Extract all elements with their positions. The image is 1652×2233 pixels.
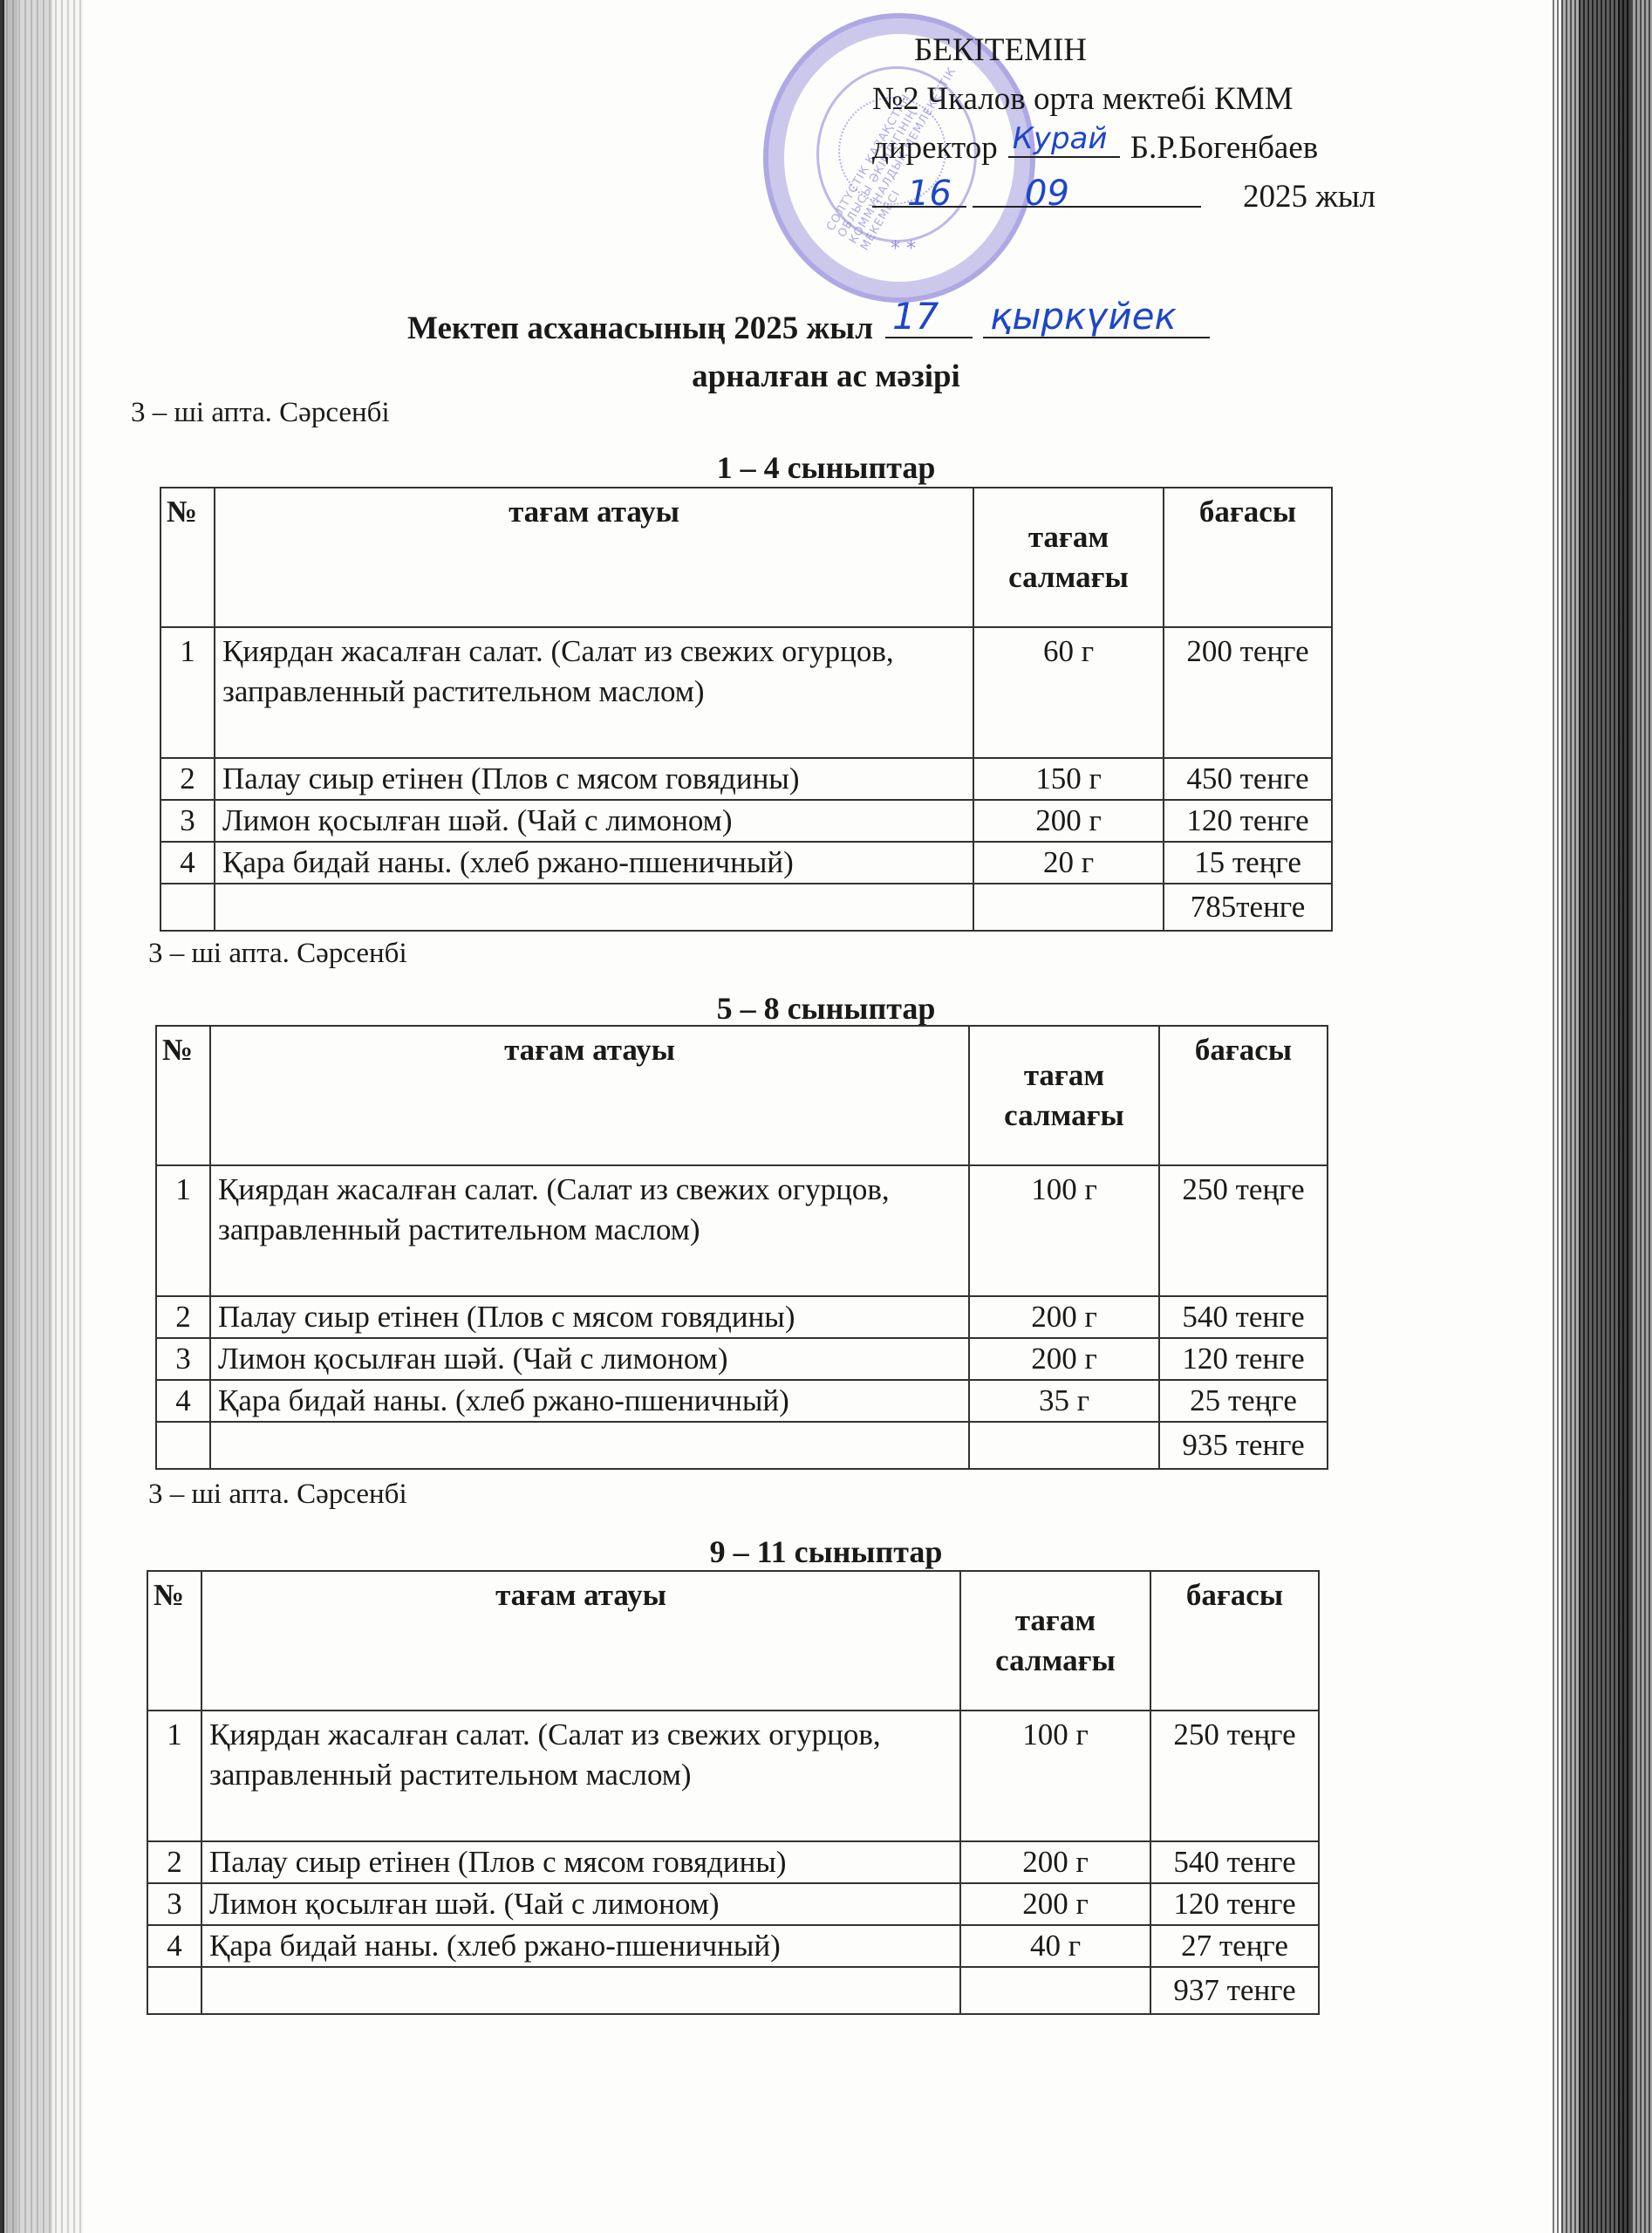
row-num: 2 bbox=[160, 758, 215, 800]
table-header-row: № тағам атауы тағам салмағы бағасы bbox=[156, 1026, 1328, 1165]
dish-weight: 200 г bbox=[973, 800, 1164, 842]
row-num: 1 bbox=[160, 627, 215, 758]
week-day-label: 3 – ші апта. Сәрсенбі bbox=[148, 1478, 407, 1511]
col-header-weight: тағам салмағы bbox=[969, 1026, 1159, 1165]
title-day: 17 bbox=[892, 295, 939, 338]
total-row: 937 тенге bbox=[147, 1967, 1319, 2014]
approval-date: 16 09 2025 жыл bbox=[872, 173, 1318, 222]
week-day-label: 3 – ші апта. Сәрсенбі bbox=[148, 938, 407, 970]
dish-name: Қиярдан жасалған салат. (Салат из свежих… bbox=[201, 1711, 960, 1841]
col-header-price: бағасы bbox=[1164, 488, 1332, 627]
total-price: 785тенге bbox=[1164, 884, 1332, 931]
dish-name: Палау сиыр етінен (Плов с мясом говядины… bbox=[215, 758, 973, 800]
dish-weight: 20 г bbox=[973, 842, 1164, 884]
dish-weight: 100 г bbox=[960, 1711, 1150, 1841]
dish-name: Лимон қосылған шәй. (Чай с лимоном) bbox=[201, 1883, 960, 1925]
dish-name: Қиярдан жасалған салат. (Салат из свежих… bbox=[215, 627, 973, 758]
dish-price: 540 тенге bbox=[1150, 1841, 1319, 1883]
dish-name: Палау сиыр етінен (Плов с мясом говядины… bbox=[201, 1841, 960, 1883]
dish-name: Лимон қосылған шәй. (Чай с лимоном) bbox=[210, 1338, 969, 1380]
approval-year: 2025 жыл bbox=[1243, 173, 1376, 222]
dish-weight: 150 г bbox=[973, 758, 1164, 800]
dish-price: 200 теңге bbox=[1164, 627, 1332, 758]
table-row: 4 Қара бидай наны. (хлеб ржано-пшеничный… bbox=[160, 842, 1332, 884]
dish-price: 250 теңге bbox=[1159, 1165, 1328, 1296]
table-row: 3 Лимон қосылған шәй. (Чай с лимоном) 20… bbox=[147, 1883, 1319, 1925]
table-row: 4 Қара бидай наны. (хлеб ржано-пшеничный… bbox=[156, 1380, 1328, 1422]
stamp-stars: * * bbox=[891, 241, 916, 258]
total-empty-weight bbox=[960, 1967, 1150, 2014]
col-header-num: № bbox=[156, 1026, 210, 1165]
row-num: 3 bbox=[160, 800, 215, 842]
total-empty-name bbox=[215, 884, 973, 931]
total-empty-weight bbox=[973, 884, 1164, 931]
row-num: 2 bbox=[156, 1296, 210, 1338]
class-group-heading: 9 – 11 сыныптар bbox=[0, 1533, 1652, 1570]
director-signature: Курай bbox=[1013, 114, 1108, 163]
col-header-name: тағам атауы bbox=[201, 1571, 960, 1711]
dish-price: 250 теңге bbox=[1150, 1711, 1319, 1841]
table-row: 1 Қиярдан жасалған салат. (Салат из свеж… bbox=[156, 1165, 1328, 1296]
document-title: Мектеп асханасының 2025 жыл17қыркүйек bbox=[0, 307, 1652, 347]
dish-weight: 200 г bbox=[969, 1338, 1159, 1380]
menu-table: № тағам атауы тағам салмағы бағасы 1 Қия… bbox=[155, 1025, 1328, 1470]
dish-weight: 200 г bbox=[960, 1841, 1150, 1883]
row-num: 3 bbox=[156, 1338, 210, 1380]
col-header-num: № bbox=[160, 488, 215, 627]
row-num: 4 bbox=[147, 1925, 201, 1967]
table-row: 1 Қиярдан жасалған салат. (Салат из свеж… bbox=[160, 627, 1332, 758]
approval-date-month: 09 bbox=[1025, 169, 1069, 218]
col-header-num: № bbox=[147, 1571, 201, 1711]
total-empty-num bbox=[156, 1422, 210, 1469]
dish-weight: 40 г bbox=[960, 1925, 1150, 1967]
total-empty-name bbox=[201, 1967, 960, 2014]
table-row: 2 Палау сиыр етінен (Плов с мясом говяди… bbox=[147, 1841, 1319, 1883]
table-header-row: № тағам атауы тағам салмағы бағасы bbox=[147, 1571, 1319, 1711]
table-header-row: № тағам атауы тағам салмағы бағасы bbox=[160, 488, 1332, 627]
col-header-name: тағам атауы bbox=[210, 1026, 969, 1165]
col-header-price: бағасы bbox=[1159, 1026, 1328, 1165]
class-group-heading: 1 – 4 сыныптар bbox=[0, 449, 1652, 486]
approval-block: БЕКІТЕМІН №2 Чкалов орта мектебі КММ дир… bbox=[872, 26, 1318, 222]
dish-name: Лимон қосылған шәй. (Чай с лимоном) bbox=[215, 800, 973, 842]
dish-weight: 60 г bbox=[973, 627, 1164, 758]
dish-name: Қара бидай наны. (хлеб ржано-пшеничный) bbox=[201, 1925, 960, 1967]
col-header-weight: тағам салмағы bbox=[973, 488, 1164, 627]
week-day-label: 3 – ші апта. Сәрсенбі bbox=[131, 397, 390, 429]
dish-weight: 200 г bbox=[969, 1296, 1159, 1338]
dish-name: Қара бидай наны. (хлеб ржано-пшеничный) bbox=[210, 1380, 969, 1422]
title-month: қыркүйек bbox=[990, 295, 1177, 338]
row-num: 4 bbox=[160, 842, 215, 884]
dish-name: Палау сиыр етінен (Плов с мясом говядины… bbox=[210, 1296, 969, 1338]
approval-position: директор bbox=[872, 130, 998, 166]
total-price: 937 тенге bbox=[1150, 1967, 1319, 2014]
menu-table: № тағам атауы тағам салмағы бағасы 1 Қия… bbox=[160, 487, 1333, 932]
class-group-heading: 5 – 8 сыныптар bbox=[0, 990, 1652, 1027]
col-header-price: бағасы bbox=[1150, 1571, 1319, 1711]
table-row: 2 Палау сиыр етінен (Плов с мясом говяди… bbox=[156, 1296, 1328, 1338]
table-row: 1 Қиярдан жасалған салат. (Салат из свеж… bbox=[147, 1711, 1319, 1841]
dish-weight: 200 г bbox=[960, 1883, 1150, 1925]
row-num: 2 bbox=[147, 1841, 201, 1883]
dish-price: 120 тенге bbox=[1164, 800, 1332, 842]
document-subtitle: арналған ас мәзірі bbox=[0, 358, 1652, 395]
total-empty-weight bbox=[969, 1422, 1159, 1469]
dish-price: 120 тенге bbox=[1150, 1883, 1319, 1925]
dish-price: 450 тенге bbox=[1164, 758, 1332, 800]
row-num: 1 bbox=[147, 1711, 201, 1841]
col-header-name: тағам атауы bbox=[215, 488, 973, 627]
approval-heading: БЕКІТЕМІН bbox=[872, 26, 1318, 75]
table-row: 3 Лимон қосылған шәй. (Чай с лимоном) 20… bbox=[160, 800, 1332, 842]
table-row: 4 Қара бидай наны. (хлеб ржано-пшеничный… bbox=[147, 1925, 1319, 1967]
signature-line: Курай bbox=[1008, 130, 1120, 158]
title-text: Мектеп асханасының 2025 жыл bbox=[407, 311, 873, 346]
dish-price: 540 тенге bbox=[1159, 1296, 1328, 1338]
approval-date-day: 16 bbox=[907, 169, 952, 218]
table-row: 2 Палау сиыр етінен (Плов с мясом говяди… bbox=[160, 758, 1332, 800]
total-row: 935 тенге bbox=[156, 1422, 1328, 1469]
total-price: 935 тенге bbox=[1159, 1422, 1328, 1469]
total-empty-name bbox=[210, 1422, 969, 1469]
title-day-line: 17 bbox=[885, 307, 973, 338]
dish-weight: 100 г bbox=[969, 1165, 1159, 1296]
col-header-weight: тағам салмағы bbox=[960, 1571, 1150, 1711]
dish-price: 120 тенге bbox=[1159, 1338, 1328, 1380]
total-row: 785тенге bbox=[160, 884, 1332, 931]
dish-price: 25 теңге bbox=[1159, 1380, 1328, 1422]
dish-price: 15 теңге bbox=[1164, 842, 1332, 884]
date-month-line bbox=[973, 206, 1201, 208]
director-name: Б.Р.Богенбаев bbox=[1130, 130, 1319, 166]
dish-weight: 35 г bbox=[969, 1380, 1159, 1422]
row-num: 3 bbox=[147, 1883, 201, 1925]
dish-name: Қара бидай наны. (хлеб ржано-пшеничный) bbox=[215, 842, 973, 884]
title-month-line: қыркүйек bbox=[983, 307, 1210, 338]
row-num: 1 bbox=[156, 1165, 210, 1296]
approval-director-line: директорКурайБ.Р.Богенбаев bbox=[872, 124, 1318, 173]
table-row: 3 Лимон қосылған шәй. (Чай с лимоном) 20… bbox=[156, 1338, 1328, 1380]
row-num: 4 bbox=[156, 1380, 210, 1422]
dish-price: 27 теңге bbox=[1150, 1925, 1319, 1967]
menu-table: № тағам атауы тағам салмағы бағасы 1 Қия… bbox=[147, 1570, 1320, 2015]
total-empty-num bbox=[160, 884, 215, 931]
dish-name: Қиярдан жасалған салат. (Салат из свежих… bbox=[210, 1165, 969, 1296]
total-empty-num bbox=[147, 1967, 201, 2014]
